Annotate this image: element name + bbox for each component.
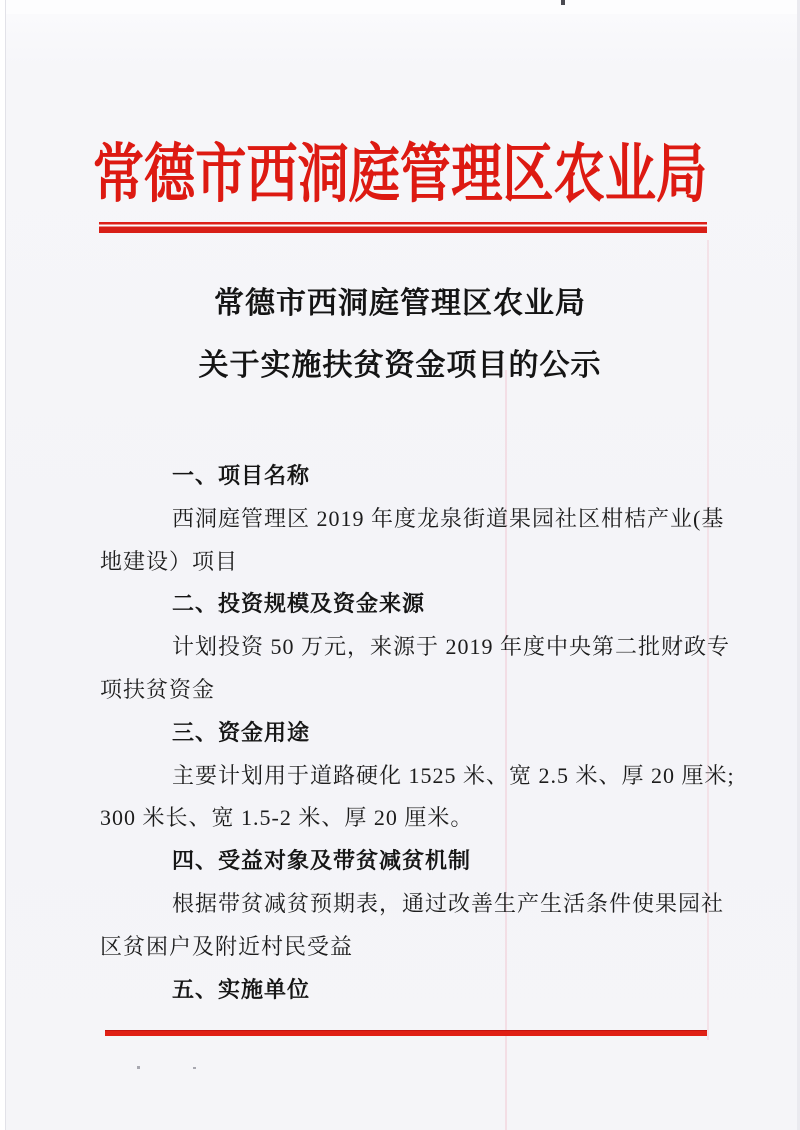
- body-line: 区贫困户及附近村民受益: [100, 926, 710, 969]
- paper-top-edge: [0, 0, 800, 14]
- section-2-heading: 二、投资规模及资金来源: [100, 583, 710, 626]
- scan-speck: [561, 0, 565, 5]
- letterhead-double-rule: [99, 222, 707, 233]
- document-body: 一、项目名称 西洞庭管理区 2019 年度龙泉街道果园社区柑桔产业(基 地建设）…: [100, 455, 710, 1011]
- bottom-red-rule: [105, 1030, 707, 1036]
- body-line: 计划投资 50 万元，来源于 2019 年度中央第二批财政专: [100, 626, 710, 669]
- document-title-line-2: 关于实施扶贫资金项目的公示: [0, 340, 800, 384]
- section-3-heading: 三、资金用途: [100, 712, 710, 755]
- body-line: 地建设）项目: [100, 541, 710, 584]
- paper-left-edge: [0, 0, 6, 1130]
- scan-speck: [193, 1067, 196, 1069]
- section-4-heading: 四、受益对象及带贫减贫机制: [100, 840, 710, 883]
- document-title-line-1: 常德市西洞庭管理区农业局: [0, 278, 800, 322]
- body-line: 主要计划用于道路硬化 1525 米、宽 2.5 米、厚 20 厘米;: [100, 755, 710, 798]
- letterhead-title: 常德市西洞庭管理区农业局: [80, 136, 720, 214]
- body-line: 项扶贫资金: [100, 669, 710, 712]
- scanned-document-page: 常德市西洞庭管理区农业局 常德市西洞庭管理区农业局 关于实施扶贫资金项目的公示 …: [0, 0, 800, 1130]
- body-line: 西洞庭管理区 2019 年度龙泉街道果园社区柑桔产业(基: [100, 498, 710, 541]
- body-line: 300 米长、宽 1.5-2 米、厚 20 厘米。: [100, 797, 710, 840]
- scan-speck: [137, 1066, 140, 1069]
- body-line: 根据带贫减贫预期表，通过改善生产生活条件使果园社: [100, 883, 710, 926]
- section-1-heading: 一、项目名称: [100, 455, 710, 498]
- section-5-heading: 五、实施单位: [100, 969, 710, 1012]
